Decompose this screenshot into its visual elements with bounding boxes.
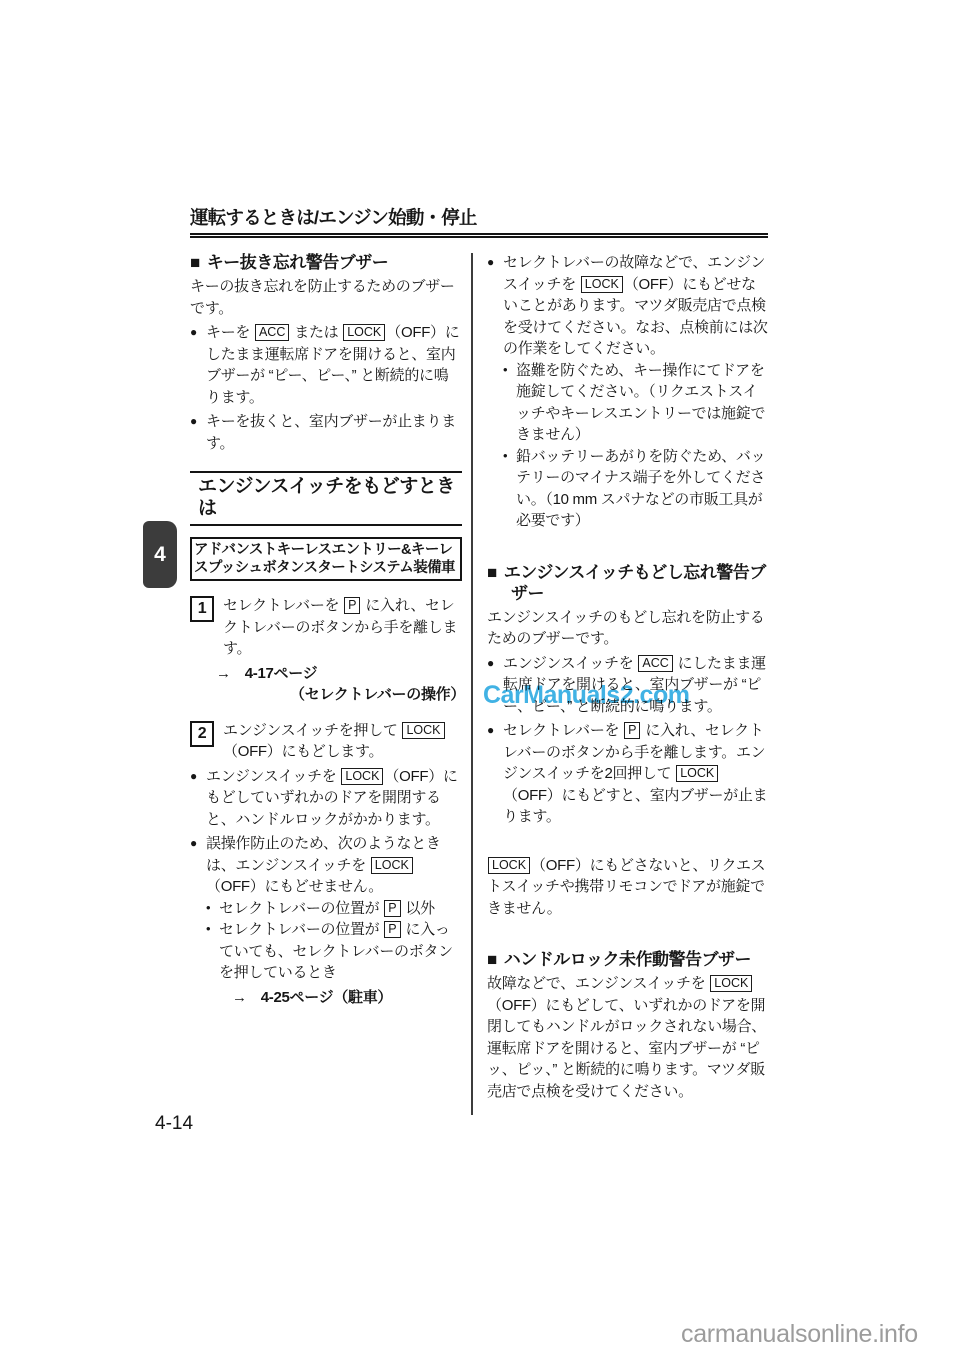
page-reference-label: 4-25ページ（駐車）: [261, 989, 392, 1006]
sub-bullet-icon: •: [206, 918, 210, 940]
chapter-tab: 4: [143, 521, 177, 588]
bullet-icon: ●: [487, 252, 494, 274]
note-paragraph: LOCK（OFF）にもどさないと、リクエストスイッチや携帯リモコンでドアが施錠で…: [487, 855, 768, 920]
sub-bullet-item: •セレクトレバーの位置が P に入っていても、セレクトレバーのボタンを押している…: [206, 919, 462, 984]
sub-bullet-item: •盗難を防ぐため、キー操作にてドアを施錠してください。（リクエストスイッチやキー…: [503, 360, 768, 446]
step-text: エンジンスイッチを押して LOCK（OFF）にもどします。: [223, 720, 462, 763]
bullet-icon: ●: [487, 653, 494, 675]
bullet-item: ●誤操作防止のため、次のようなときは、エンジンスイッチを LOCK（OFF）にも…: [190, 833, 462, 898]
section-title-box: エンジンスイッチをもどすときは: [190, 471, 462, 526]
key-box-lock: LOCK: [402, 722, 444, 739]
sub-bullet-icon: •: [206, 897, 210, 919]
bullet-item: ●キーを抜くと、室内ブザーが止まります。: [190, 411, 462, 454]
bullet-item: ●セレクトレバーを P に入れ、セレクトレバーのボタンから手を離します。エンジン…: [487, 720, 768, 828]
arrow-icon: →: [216, 665, 231, 682]
paragraph: キーの抜き忘れを防止するためのブザーです。: [190, 276, 462, 319]
bullet-item: ●セレクトレバーの故障などで、エンジンスイッチを LOCK（OFF）にもどせない…: [487, 252, 768, 360]
sub-bullet-item: •セレクトレバーの位置が P 以外: [206, 898, 462, 920]
heading-square-icon: ■: [190, 253, 200, 272]
bullet-item: ●キーを ACC または LOCK（OFF）にしたまま運転席ドアを開けると、室内…: [190, 322, 462, 408]
step-item: 1セレクトレバーを P に入れ、セレクトレバーのボタンから手を離します。: [190, 595, 462, 660]
step-number: 1: [190, 596, 214, 622]
step-item: 2エンジンスイッチを押して LOCK（OFF）にもどします。: [190, 720, 462, 763]
key-box-lock: LOCK: [581, 276, 623, 293]
section-heading: ■エンジンスイッチもどし忘れ警告ブザー: [487, 562, 768, 604]
key-box-lock: LOCK: [676, 765, 718, 782]
key-box-acc: ACC: [638, 655, 672, 672]
section-heading: ■ハンドルロック未作動警告ブザー: [487, 949, 768, 970]
bullet-icon: ●: [190, 322, 197, 344]
watermark-carmanuals2: CarManuals2.com: [483, 681, 689, 710]
left-column: ■キー抜き忘れ警告ブザーキーの抜き忘れを防止するためのブザーです。●キーを AC…: [190, 252, 462, 1008]
paragraph: エンジンスイッチのもどし忘れを防止するためのブザーです。: [487, 607, 768, 650]
header-rule: [190, 233, 768, 238]
page-reference: →4-25ページ（駐車）: [190, 987, 462, 1009]
sub-bullet-icon: •: [503, 445, 507, 467]
key-box-acc: ACC: [255, 324, 289, 341]
column-divider: [471, 253, 473, 1115]
key-box-lock: LOCK: [488, 857, 530, 874]
key-box-p: P: [384, 900, 400, 917]
key-box-lock: LOCK: [710, 975, 752, 992]
bullet-icon: ●: [190, 411, 197, 433]
bullet-icon: ●: [487, 720, 494, 742]
sub-bullet-icon: •: [503, 359, 507, 381]
arrow-icon: →: [232, 989, 247, 1006]
step-number: 2: [190, 721, 214, 747]
bullet-item: ●エンジンスイッチを LOCK（OFF）にもどしていずれかのドアを開閉すると、ハ…: [190, 766, 462, 831]
step-text: セレクトレバーを P に入れ、セレクトレバーのボタンから手を離します。: [223, 595, 462, 660]
watermark-carmanualsonline: carmanualsonline.info: [681, 1320, 918, 1349]
page-reference-sublabel: （セレクトレバーの操作）: [216, 684, 462, 706]
paragraph: 故障などで、エンジンスイッチを LOCK（OFF）にもどして、いずれかのドアを開…: [487, 973, 768, 1102]
equipment-variant-box: アドバンストキーレスエントリー&キーレスプッシュボタンスタートシステム装備車: [190, 537, 462, 581]
section-heading: ■キー抜き忘れ警告ブザー: [190, 252, 462, 273]
key-box-p: P: [624, 722, 640, 739]
key-box-lock: LOCK: [343, 324, 385, 341]
right-column: ●セレクトレバーの故障などで、エンジンスイッチを LOCK（OFF）にもどせない…: [487, 252, 768, 1102]
sub-bullet-item: •鉛バッテリーあがりを防ぐため、バッテリーのマイナス端子を外してください。（10…: [503, 446, 768, 532]
key-box-p: P: [384, 921, 400, 938]
page-number: 4-14: [155, 1113, 193, 1135]
heading-square-icon: ■: [487, 563, 497, 582]
key-box-lock: LOCK: [371, 857, 413, 874]
bullet-icon: ●: [190, 833, 197, 855]
page-reference: →4-17ページ（セレクトレバーの操作）: [190, 663, 462, 706]
bullet-icon: ●: [190, 766, 197, 788]
key-box-lock: LOCK: [341, 768, 383, 785]
key-box-p: P: [344, 597, 360, 614]
page-title: 運転するときは/エンジン始動・停止: [190, 206, 768, 230]
heading-square-icon: ■: [487, 950, 497, 969]
page-reference-label: 4-17ページ: [245, 665, 318, 682]
